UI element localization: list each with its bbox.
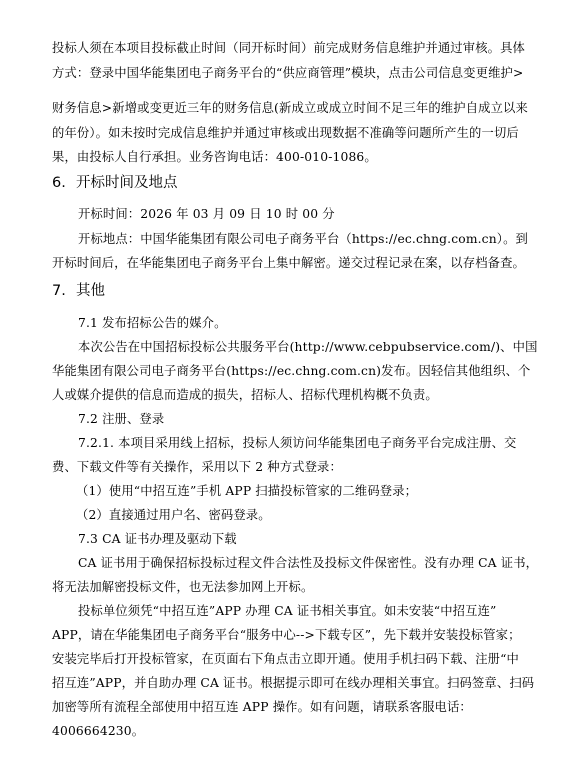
subsection-7-3-title: 7.3 CA 证书办理及驱动下载 [78,531,237,547]
subsection-7-1-line-1: 本次公告在中国招标投标公共服务平台(http://www.cebpubservi… [78,339,538,355]
section-6-title: 开标时间及地点 [76,175,178,191]
opening-place-line-1: 开标地点：中国华能集团有限公司电子商务平台（https://ec.chng.co… [78,231,528,247]
section-6-heading: 6.开标时间及地点 [52,173,178,193]
ca-para2-line-5: 加密等所有流程全部使用中招互连 APP 操作。如有问题，请联系客服电话： [52,699,472,715]
intro-line-3: 财务信息>新增或变更近三年的财务信息(新成立或成立时间不足三年的维护自成立以来 [52,100,528,116]
intro-line-2: 方式：登录中国华能集团电子商务平台的“供应商管理”模块，点击公司信息变更维护> [52,65,523,81]
subsection-7-1-title: 7.1 发布招标公告的媒介。 [78,315,227,331]
subsection-7-2-title: 7.2 注册、登录 [78,411,164,427]
opening-time: 开标时间：2026 年 03 月 09 日 10 时 00 分 [78,206,335,222]
section-7-number: 7. [52,281,76,301]
subsection-7-2-1-line-2: 费、下载文件等有关操作，采用以下 2 种方式登录： [52,459,342,475]
section-7-heading: 7.其他 [52,281,105,301]
intro-line-4: 的年份）。如未按时完成信息维护并通过审核或出现数据不准确等问题所产生的一切后 [52,125,519,141]
intro-line-1: 投标人须在本项目投标截止时间（同开标时间）前完成财务信息维护并通过审核。具体 [52,40,525,56]
ca-para1-line-2: 将无法加解密投标文件，也无法参加网上开标。 [52,579,313,595]
intro-line-5: 果，由投标人自行承担。业务咨询电话：400-010-1086。 [52,149,377,165]
ca-para2-line-2: APP，请在华能集团电子商务平台“服务中心-->下载专区”，先下载并安装投标管家… [52,627,521,643]
ca-para2-line-4: 招互连”APP，并自助办理 CA 证书。根据提示即可在线办理相关事宜。扫码签章、… [52,675,534,691]
subsection-7-1-line-2: 华能集团有限公司电子商务平台(https://ec.chng.com.cn)发布… [52,363,530,379]
customer-service-phone: 4006664230。 [52,723,144,739]
section-7-title: 其他 [76,283,105,299]
login-option-2: （2）直接通过用户名、密码登录。 [76,507,271,523]
ca-para2-line-3: 安装完毕后打开投标管家，在页面右下角点击立即开通。使用手机扫码下载、注册“中 [52,651,519,667]
ca-para2-line-1: 投标单位须凭“中招互连”APP 办理 CA 证书相关事宜。如未安装“中招互连” [78,603,496,619]
section-6-number: 6. [52,173,76,193]
ca-para1-line-1: CA 证书用于确保招标投标过程文件合法性及投标文件保密性。没有办理 CA 证书， [78,555,538,571]
subsection-7-2-1-line-1: 7.2.1. 本项目采用线上招标，投标人须访问华能集团电子商务平台完成注册、交 [78,435,516,451]
subsection-7-1-line-3: 人或媒介提供的信息而造成的损失，招标人、招标代理机构概不负责。 [52,387,438,403]
login-option-1: （1）使用“中招互连”手机 APP 扫描投标管家的二维码登录； [76,483,417,499]
opening-place-line-2: 开标时间后，在华能集团电子商务平台上集中解密。递交过程记录在案，以存档备查。 [52,255,525,271]
